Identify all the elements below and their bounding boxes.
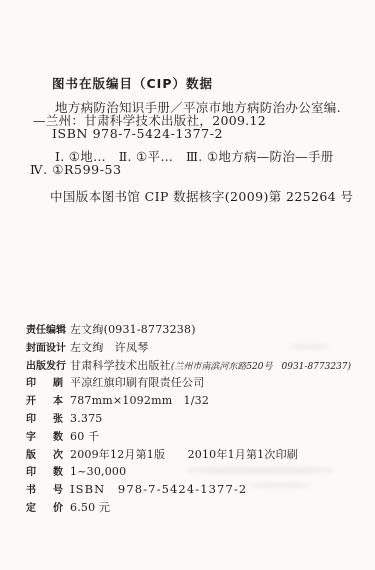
colophon-row-format: 开本 787mm×1092mm 1/32 [26,392,371,410]
colophon-row-label: 印数 [26,463,63,478]
colophon-row-label: 版次 [26,446,63,461]
scan-smudge [288,344,330,349]
colophon-row-price: 定价 6.50 元 [26,499,371,517]
cip-heading: 图书在版编目（CIP）数据 [52,77,213,90]
colophon-row-sheets: 印张 3.375 [26,410,371,428]
colophon-row-label: 封面设计 [26,339,63,354]
colophon-row-label: 出版发行 [26,357,63,372]
cip-record-number-line: 中国版本图书馆 CIP 数据核字(2009)第 225264 号 [50,190,353,203]
colophon-row-label: 开本 [26,392,63,407]
cip-classification-line-2: Ⅳ. ①R599-53 [30,163,122,176]
colophon-row-edition: 版次 2009年12月第1版 2010年1月第1次印刷 [26,446,371,464]
colophon-row-value: 6.50 元 [70,499,110,515]
colophon-block: 责任编辑 左文绚(0931-8773238) 封面设计 左文绚 许凤琴 出版发行… [26,321,371,517]
scan-smudge [185,467,335,474]
colophon-row-value: 787mm×1092mm 1/32 [70,392,209,408]
colophon-row-label: 印刷 [26,374,63,389]
colophon-row-value: 2009年12月第1版 2010年1月第1次印刷 [70,446,298,462]
colophon-row-value: 60 千 [70,428,99,444]
cip-isbn-line: ISBN 978-7-5424-1377-2 [52,127,223,140]
colophon-row-value: ISBN 978-7-5424-1377-2 [70,481,247,497]
colophon-row-value: 3.375 [70,412,103,425]
colophon-row-value: 甘肃科学技术出版社 [70,357,171,373]
colophon-row-label: 印张 [26,410,63,425]
colophon-row-value: 左文绚 许凤琴 [70,339,148,355]
colophon-row-note: (兰州市南滨河东路520号 0931-8773237) [171,359,351,372]
colophon-row-value: 左文绚(0931-8773238) [70,321,196,337]
colophon-row-value: 1~30,000 [70,465,126,478]
colophon-row-editor: 责任编辑 左文绚(0931-8773238) [26,321,371,339]
colophon-row-label: 责任编辑 [26,321,63,336]
colophon-row-value: 平凉红旗印刷有限责任公司 [70,374,204,390]
colophon-row-label: 定价 [26,499,63,514]
book-copyright-page: 图书在版编目（CIP）数据 地方病防治知识手册／平凉市地方病防治办公室编. —兰… [0,0,375,570]
colophon-row-publisher: 出版发行 甘肃科学技术出版社(兰州市南滨河东路520号 0931-8773237… [26,357,371,375]
colophon-row-word-count: 字数 60 千 [26,428,371,446]
colophon-row-label: 字数 [26,428,63,443]
colophon-row-label: 书号 [26,481,63,496]
colophon-row-printer: 印刷 平凉红旗印刷有限责任公司 [26,374,371,392]
scan-smudge [250,483,310,488]
colophon-row-isbn: 书号 ISBN 978-7-5424-1377-2 [26,481,371,499]
